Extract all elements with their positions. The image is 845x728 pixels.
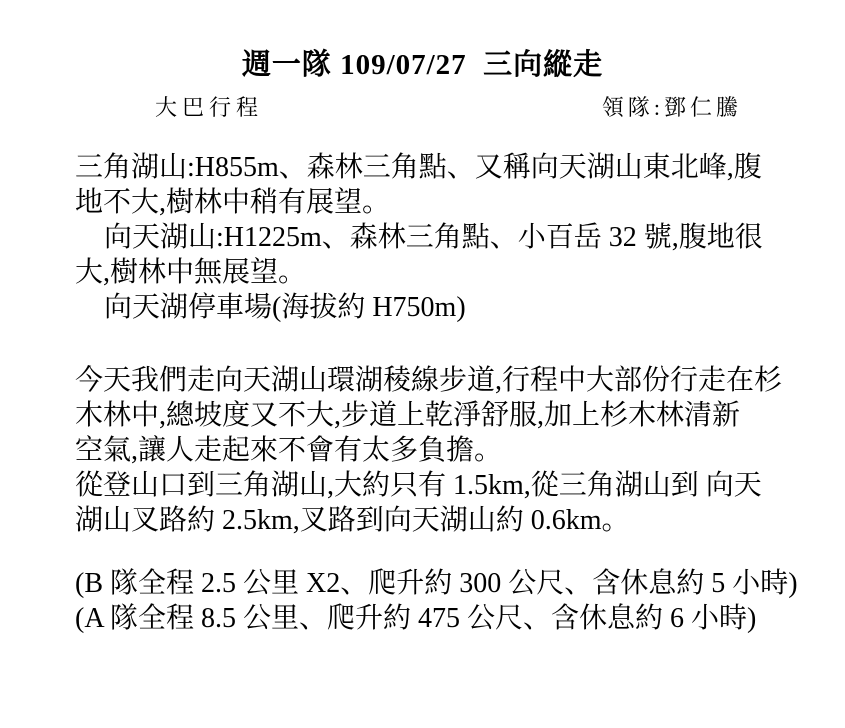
document-page: 週一隊 109/07/27 三向縱走 大巴行程 領隊:鄧仁騰 三角湖山:H855… xyxy=(0,0,845,728)
paragraph-spacer xyxy=(75,325,805,363)
trip-type-label: 大巴行程 xyxy=(155,94,263,122)
doc-subheader: 大巴行程 領隊:鄧仁騰 xyxy=(155,94,742,122)
text-line: 從登山口到三角湖山,大約只有 1.5km,從三角湖山到 向天 xyxy=(75,468,805,503)
text-line-team-a: (A 隊全程 8.5 公里、爬升約 475 公尺、含休息約 6 小時) xyxy=(75,601,805,636)
paragraph-spacer xyxy=(75,538,805,566)
text-line: 今天我們走向天湖山環湖稜線步道,行程中大部份行走在杉 xyxy=(75,363,805,398)
doc-body: 三角湖山:H855m、森林三角點、又稱向天湖山東北峰,腹 地不大,樹林中稍有展望… xyxy=(75,150,805,636)
team-summary-paragraph: (B 隊全程 2.5 公里 X2、爬升約 300 公尺、含休息約 5 小時) (… xyxy=(75,566,805,636)
text-line: 空氣,讓人走起來不會有太多負擔。 xyxy=(75,433,805,468)
leader-label: 領隊:鄧仁騰 xyxy=(602,94,742,122)
text-line: 向天湖停車場(海拔約 H750m) xyxy=(75,290,805,325)
text-line: 大,樹林中無展望。 xyxy=(75,255,805,290)
text-line: 湖山叉路約 2.5km,叉路到向天湖山約 0.6km。 xyxy=(75,503,805,538)
text-line: 向天湖山:H1225m、森林三角點、小百岳 32 號,腹地很 xyxy=(75,220,805,255)
doc-title: 週一隊 109/07/27 三向縱走 xyxy=(0,46,845,84)
peak-info-paragraph: 三角湖山:H855m、森林三角點、又稱向天湖山東北峰,腹 地不大,樹林中稍有展望… xyxy=(75,150,805,325)
text-line: 木林中,總坡度又不大,步道上乾淨舒服,加上杉木林清新 xyxy=(75,398,805,433)
route-description-paragraph: 今天我們走向天湖山環湖稜線步道,行程中大部份行走在杉 木林中,總坡度又不大,步道… xyxy=(75,363,805,538)
text-line: 三角湖山:H855m、森林三角點、又稱向天湖山東北峰,腹 xyxy=(75,150,805,185)
text-line-team-b: (B 隊全程 2.5 公里 X2、爬升約 300 公尺、含休息約 5 小時) xyxy=(75,566,805,601)
text-line: 地不大,樹林中稍有展望。 xyxy=(75,185,805,220)
